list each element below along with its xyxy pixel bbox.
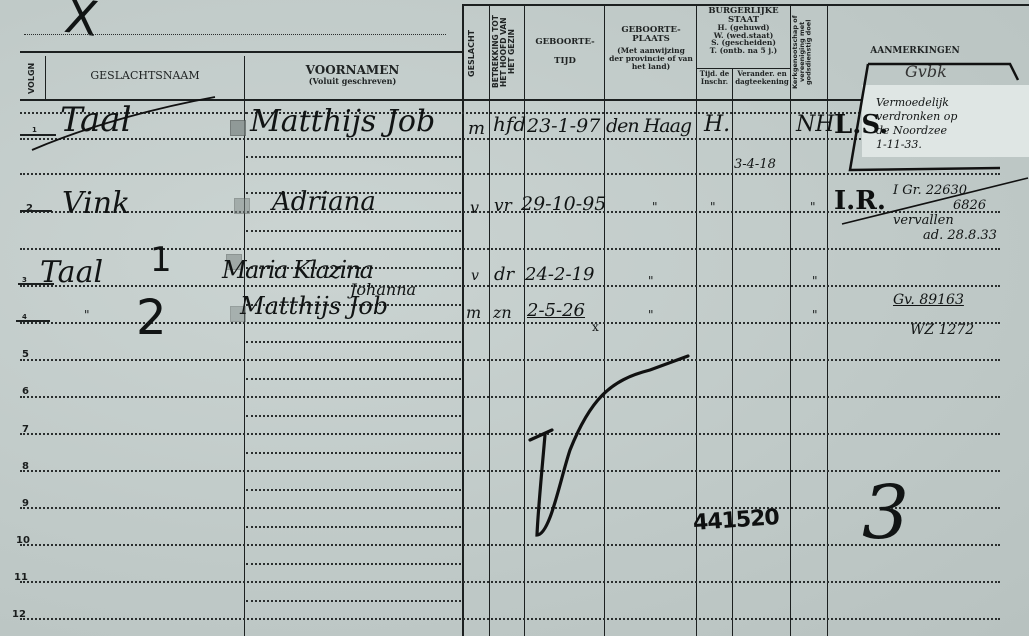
- entry-2-burgerlijke-staat: ": [710, 200, 716, 214]
- row-number-10: 10: [16, 535, 30, 546]
- seal-mark-2: [234, 198, 250, 214]
- large-check-mark: [520, 350, 700, 550]
- entry-4-voornamen-extra: Johanna: [350, 280, 416, 299]
- header-bs-t: T. (ontb. na 5 j.): [697, 47, 790, 55]
- surname-strike-line: [30, 95, 220, 155]
- entry-2-betrekking: vr: [494, 196, 512, 216]
- entry-4-geboorteplaats: ": [648, 308, 654, 322]
- small-x-mark: x: [592, 320, 599, 334]
- row-number-7: 7: [22, 424, 29, 435]
- entry-2-geboortetijd: 29-10-95: [521, 193, 606, 215]
- entry-2-geslachtsnaam: Vink: [62, 186, 130, 221]
- entry-2-geslacht: v: [470, 198, 479, 217]
- header-kerkgenootschap: Kerkgenootschap of vereeniging met godsd…: [792, 6, 826, 98]
- header-aanmerkingen: AANMERKINGEN: [830, 47, 1000, 57]
- entry-1-geboorteplaats: den Haag: [606, 115, 691, 137]
- row-4-mark: [16, 320, 50, 322]
- row-number-11: 11: [14, 572, 28, 583]
- row-number-8: 8: [22, 461, 29, 472]
- header-voornamen: VOORNAMEN (Voluit geschreven): [250, 64, 455, 86]
- header-betrekking: BETREKKING TOT HET HOOFD VAN HET GEZIN: [492, 8, 522, 96]
- header-top-rule-left: [20, 51, 462, 53]
- entry-3-geboortetijd: 24-2-19: [525, 264, 594, 285]
- entry-4-kerkgenootschap: ": [812, 308, 818, 322]
- row-number-5: 5: [22, 349, 29, 360]
- entry-1-voornamen: Matthijs Job: [250, 104, 435, 139]
- header-geslachtsnaam: GESLACHTSNAAM: [50, 70, 240, 82]
- aanmerkingen-scribble: Gvbk: [905, 62, 947, 81]
- entry-3-betrekking: dr: [494, 264, 514, 285]
- row-number-2: 2: [26, 203, 33, 214]
- entry-1-geslacht: m: [468, 118, 485, 139]
- entry-3-kerkgenootschap: ": [812, 274, 818, 288]
- col-divider-kerk: [790, 4, 791, 636]
- entry-4-betrekking: zn: [493, 303, 512, 322]
- header-geboorteplaats: GEBOORTE- PLAATS (Met aanwijzing der pro…: [606, 26, 696, 71]
- entry-1-kerkgenootschap: NH: [796, 112, 834, 137]
- col-divider-volgn: [45, 56, 46, 100]
- col-divider-geslacht: [462, 4, 464, 636]
- row-2-mark: [20, 210, 52, 212]
- col-divider-aanmerkingen: [827, 4, 828, 636]
- entry-2-kerkgenootschap: ": [810, 200, 816, 214]
- row-number-12: 12: [12, 609, 26, 620]
- header-geboortetijd-1: GEBOORTE-: [526, 38, 604, 47]
- col-divider-tijd-inschr: [732, 68, 733, 636]
- entry-4-aanmerking-wz: WZ 1272: [910, 322, 974, 338]
- entry-1-burgerlijke-staat: H.: [704, 112, 730, 137]
- entry-1-verandering: 3-4-18: [734, 157, 776, 172]
- entry-1-aanmerking-text: Vermoedelijkverdronken opde Noordzee1-11…: [876, 96, 1026, 152]
- entry-4-geboortetijd: 2-5-26: [527, 300, 585, 321]
- entry-1-geboortetijd: 23-1-97: [527, 115, 600, 137]
- header-geslacht: GESLACHT: [468, 10, 476, 96]
- header-tijd-inschr: Tijd. de Inschr.: [698, 70, 731, 85]
- entry-4-geslacht: m: [466, 303, 481, 322]
- entry-4-aanmerking-gv: Gv. 89163: [893, 292, 964, 308]
- entry-2-geboorteplaats: ": [652, 200, 658, 214]
- entry-2-voornamen: Adriana: [272, 187, 376, 217]
- top-dotted-rule: [24, 34, 446, 35]
- col-divider-voornamen: [244, 56, 245, 636]
- header-geboortetijd: GEBOORTE- TIJD: [526, 38, 604, 67]
- entry-3-geslacht: v: [471, 268, 479, 284]
- header-burgerlijke-staat: BURGERLIJKE STAAT H. (gehuwd) W. (wed.st…: [697, 7, 790, 54]
- header-verandering: Verander. en dagteekening: [734, 70, 790, 85]
- header-volgn: VOLGN: [28, 60, 36, 96]
- entry-1-betrekking: hfd: [493, 112, 526, 136]
- corner-number-3: 3: [862, 470, 909, 556]
- header-voornamen-sub: (Voluit geschreven): [250, 77, 455, 86]
- entry-4-geslachtsnaam: ": [84, 308, 90, 322]
- seal-mark-1: [230, 120, 246, 136]
- bracket-number-2: 2: [136, 290, 167, 346]
- header-geboorteplaats-2: PLAATS: [606, 35, 696, 44]
- row-number-6: 6: [22, 386, 29, 397]
- ir-strike-line: [840, 172, 1029, 232]
- bracket-number-1: 1: [150, 240, 172, 280]
- col-divider-betrekking: [489, 4, 490, 636]
- header-geboortetijd-2: TIJD: [526, 57, 604, 66]
- row-number-9: 9: [22, 498, 29, 509]
- entry-3-geslachtsnaam: Taal: [40, 255, 103, 290]
- entry-3-geboorteplaats: ": [648, 274, 654, 288]
- header-geboorteplaats-sub: (Met aanwijzing der provincie of van het…: [606, 47, 696, 72]
